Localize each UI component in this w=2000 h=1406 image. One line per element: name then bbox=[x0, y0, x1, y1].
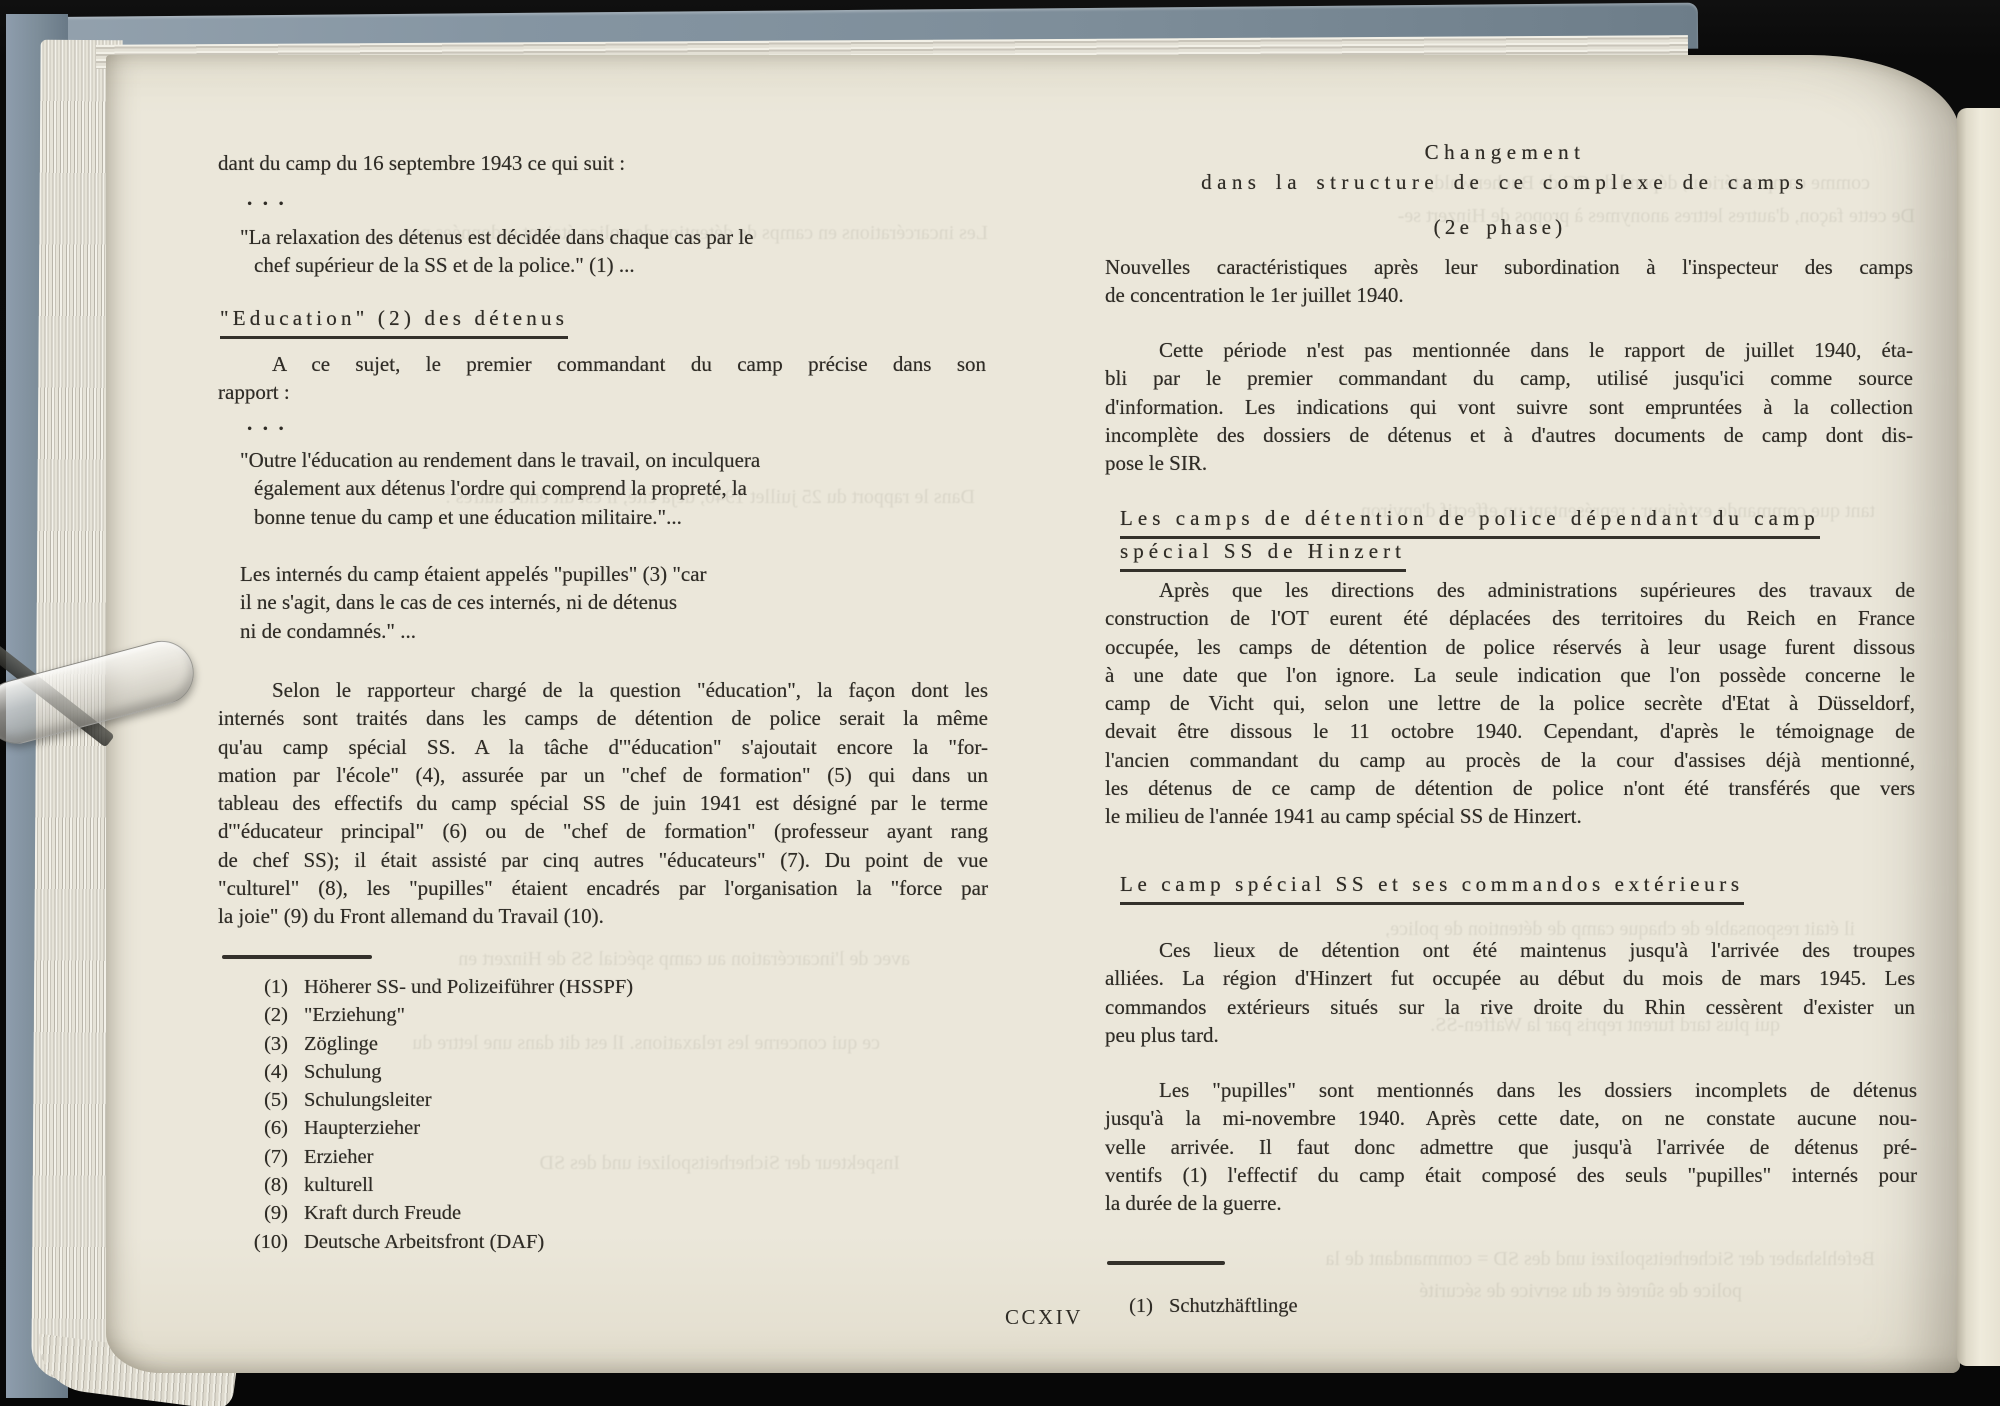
paragraph-cette-periode: Cette période n'est pas mentionnée dans … bbox=[1105, 336, 1913, 477]
facing-page-sliver bbox=[1957, 108, 2000, 1366]
section-heading-camps-detention-line1: Les camps de détention de police dépenda… bbox=[1120, 504, 1820, 539]
bleed-through-text: Befehlshaber der Sicherheitspolizei und … bbox=[1210, 1248, 1875, 1271]
quote-pupilles: Les internés du camp étaient appelés "pu… bbox=[240, 560, 980, 645]
footnote-row: (5)Schulungsleiter bbox=[232, 1086, 932, 1114]
footnote-separator-rule bbox=[222, 955, 372, 959]
ellipsis-mark: ... bbox=[247, 409, 294, 437]
bleed-through-text: avec de l'incarcération au camp spécial … bbox=[350, 948, 910, 971]
section-heading-education: "Education" (2) des détenus bbox=[220, 304, 568, 339]
paragraph-a-ce-sujet: A ce sujet, le premier commandant du cam… bbox=[218, 350, 986, 407]
paragraph-selon-rapporteur: Selon le rapporteur chargé de la questio… bbox=[218, 676, 988, 931]
footnote-row: (3)Zöglinge bbox=[232, 1030, 932, 1058]
footnote-separator-rule bbox=[1107, 1261, 1225, 1265]
quote-relaxation: "La relaxation des détenus est décidée d… bbox=[240, 223, 980, 280]
footnote-row: (1)Höherer SS- und Polizeiführer (HSSPF) bbox=[232, 973, 932, 1001]
ellipsis-mark: ... bbox=[247, 184, 294, 212]
page-number: CCXIV bbox=[1005, 1305, 1083, 1330]
footnote-row: (7)Erzieher bbox=[232, 1143, 932, 1171]
footnote-row: (9)Kraft durch Freude bbox=[232, 1199, 932, 1227]
left-intro-line: dant du camp du 16 septembre 1943 ce qui… bbox=[218, 149, 988, 177]
footnote-row: (1)Schutzhäftlinge bbox=[1097, 1292, 1697, 1320]
footnote-row: (4)Schulung bbox=[232, 1058, 932, 1086]
section-heading-commandos: Le camp spécial SS et ses commandos exté… bbox=[1120, 870, 1744, 905]
footnote-row: (2)"Erziehung" bbox=[232, 1001, 932, 1029]
footnote-row: (8)kulturell bbox=[232, 1171, 932, 1199]
scanned-book-photo: Les incarcérations en camps de détention… bbox=[0, 0, 2000, 1406]
footnote-row: (10)Deutsche Arbeitsfront (DAF) bbox=[232, 1228, 932, 1256]
footnote-row: (6)Haupterzieher bbox=[232, 1114, 932, 1142]
paragraph-ces-lieux: Ces lieux de détention ont été maintenus… bbox=[1105, 936, 1915, 1049]
quote-outre-education: "Outre l'éducation au rendement dans le … bbox=[240, 446, 980, 531]
paragraph-les-pupilles: Les "pupilles" sont mentionnés dans les … bbox=[1105, 1076, 1917, 1217]
footnotes-left: (1)Höherer SS- und Polizeiführer (HSSPF)… bbox=[232, 973, 932, 1256]
section-heading-camps-detention-line2: spécial SS de Hinzert bbox=[1120, 537, 1406, 572]
chapter-heading: Changementdans la structure de ce comple… bbox=[1105, 137, 1905, 197]
phase-subheading: (2e phase) bbox=[1105, 213, 1895, 241]
footnotes-right: (1)Schutzhäftlinge bbox=[1097, 1292, 1697, 1320]
paragraph-apres-que: Après que les directions des administrat… bbox=[1105, 576, 1915, 831]
paragraph-nouvelles: Nouvelles caractéristiques après leur su… bbox=[1105, 253, 1913, 310]
